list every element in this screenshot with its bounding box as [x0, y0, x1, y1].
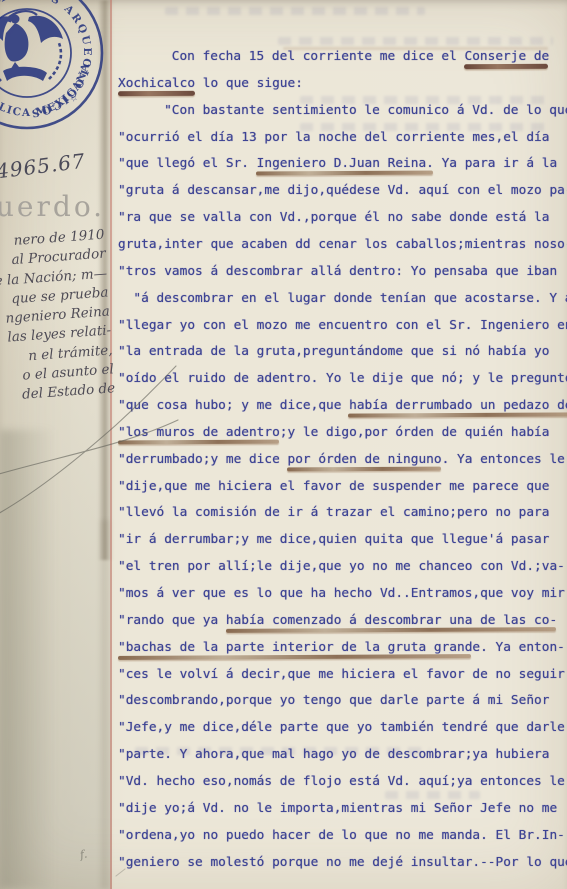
typed-line: "mos á ver que es lo que ha hecho Vd..En… [118, 585, 565, 602]
hand-underline [226, 627, 556, 633]
file-number: 4965.67 [0, 149, 87, 184]
hand-underline [118, 654, 471, 660]
typed-line: "gruta á descansar,me dijo,quédese Vd. a… [118, 182, 567, 199]
typed-line: "descombrando,porque yo tengo que darle … [118, 692, 549, 709]
typed-line: "ir á derrumbar;y me dice,quien quita qu… [118, 531, 549, 548]
typed-line: "ocurrió el día 13 por la noche del corr… [118, 129, 549, 146]
typed-line: "Con bastante sentimiento le comunico á … [164, 102, 567, 119]
typed-line: "derrumbado;y me dice por órden de ningu… [118, 451, 565, 468]
document-page: MONUMENTOS ARQUEOLOGICOS PUBLICA MEXICAN… [0, 0, 567, 889]
typed-line: "que llegó el Sr. Ingeniero D.Juan Reina… [118, 155, 557, 172]
typed-line: "geniero se molestó porque no me dejé in… [118, 854, 567, 871]
typed-line: "ces le volví á decir,que me hiciera el … [118, 666, 565, 683]
bleed-smudge [165, 7, 425, 15]
typed-line: "los muros de adentro;y le digo,por órde… [118, 424, 549, 441]
typed-line: "dije yo;á Vd. no le importa,mientras mi… [118, 800, 557, 817]
typed-line: gruta,inter que acaben dd cenar los caba… [118, 236, 567, 253]
typed-line: "que cosa hubo; y me dice,que había derr… [118, 397, 567, 414]
typed-line: "llegar yo con el mozo me encuentro con … [118, 317, 567, 334]
hand-underline [118, 91, 195, 96]
typed-line: "rando que ya había comenzado á descombr… [118, 612, 557, 629]
hand-underline [348, 412, 567, 417]
hand-underline [464, 64, 548, 69]
hand-underline [287, 466, 441, 471]
typed-line: "bachas de la parte interior de la gruta… [118, 639, 565, 656]
typed-line: "el tren por allí;le dije,que yo no me c… [118, 558, 565, 575]
typed-line: "Vd. hecho eso,nomás de flojo está Vd. a… [118, 773, 565, 790]
marginal-notes: nero de 1910al Procuradorde la Nación; m… [0, 226, 116, 410]
hand-underline [118, 439, 279, 444]
typed-line: Xochicalco lo que sigue: [118, 75, 303, 92]
typed-line: "á descombrar en el lugar donde tenían q… [133, 290, 567, 307]
eagle-emblem [0, 11, 63, 81]
margin-strip-shadow-lower [0, 430, 55, 889]
typed-line: "tros vamos á descombrar allá dentro: Yo… [118, 263, 557, 280]
typed-line: "ra que se valla con Vd.,porque él no sa… [118, 209, 549, 226]
typed-line: "la entrada de la gruta,preguntándome qu… [118, 343, 549, 360]
typed-line: "ordena,yo no puedo hacer de lo que no m… [118, 827, 565, 844]
acuerdo-stamp: Acuerdo. [0, 190, 105, 223]
archive-seal: MONUMENTOS ARQUEOLOGICOS PUBLICA MEXICAN… [0, 0, 117, 147]
bleed-smudge [278, 37, 553, 45]
typed-line: "Jefe,y me dice,déle parte que yo tambié… [118, 719, 565, 736]
hand-underline [256, 171, 433, 176]
typed-line: "dije,que me hiciera el favor de suspend… [118, 478, 549, 495]
typed-line: "oído el ruido de adentro. Yo le dije qu… [118, 370, 567, 387]
typed-line: "parte. Y ahora,que mal hago yo de desco… [118, 746, 549, 763]
bleed-smudge [385, 791, 480, 799]
pencil-letter: f. [79, 847, 88, 861]
typed-line: "llevó la comisión de ir á trazar el cam… [118, 504, 549, 521]
typed-line: Con fecha 15 del corriente me dice el Co… [172, 48, 550, 65]
